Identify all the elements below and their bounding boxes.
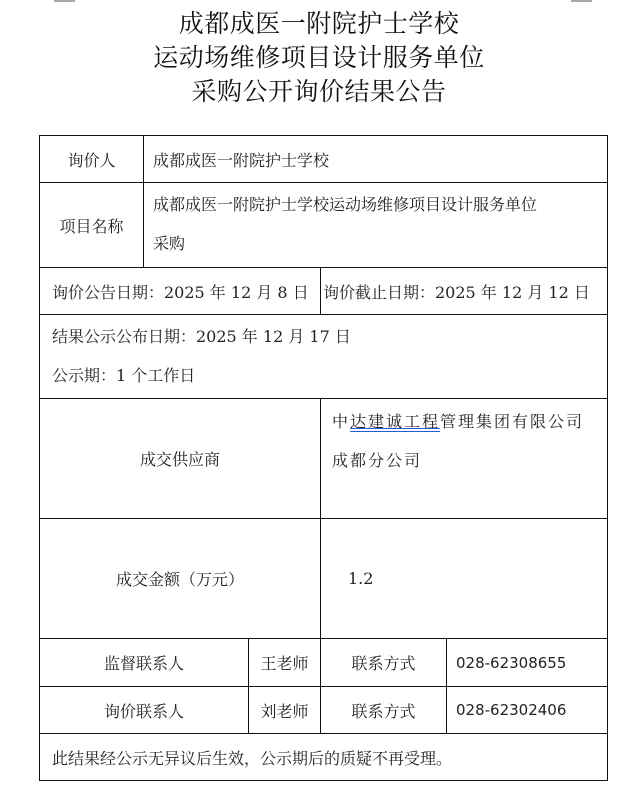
page-corner-mark-right xyxy=(571,0,592,2)
supplier-value-line-2: 成都分公司 xyxy=(332,441,607,480)
supplier-label: 成交供应商 xyxy=(40,399,320,518)
title-line-1: 成都成医一附院护士学校 xyxy=(0,4,638,40)
result-publish-date: 结果公示公布日期：2025 年 12 月 17 日 xyxy=(52,317,607,356)
amount-label: 成交金额（万元） xyxy=(40,519,320,638)
table-border xyxy=(607,135,608,781)
inquiry-contact-name: 刘老师 xyxy=(249,687,320,733)
inquiry-contact-phone: 028-62302406 xyxy=(447,687,607,733)
inquiry-contact-label: 询价联系人 xyxy=(40,687,248,733)
project-value-line-1: 成都成医一附院护士学校运动场维修项目设计服务单位 xyxy=(153,185,607,224)
announce-date: 询价公告日期：2025 年 12 月 8 日 xyxy=(40,268,320,314)
table-border xyxy=(39,780,608,781)
spellcheck-underline: 达建诚工程 xyxy=(350,412,440,431)
publicity-period: 公示期：1 个工作日 xyxy=(52,356,607,395)
project-value: 成都成医一附院护士学校运动场维修项目设计服务单位 采购 xyxy=(144,183,607,267)
supervisor-contact-label: 联系方式 xyxy=(321,639,446,686)
inquirer-value: 成都成医一附院护士学校 xyxy=(144,136,607,182)
inquirer-label: 询价人 xyxy=(40,136,143,182)
title-line-2: 运动场维修项目设计服务单位 xyxy=(0,38,638,74)
amount-value: 1.2 xyxy=(321,519,607,638)
project-value-line-2: 采购 xyxy=(153,224,607,263)
page-corner-mark-left xyxy=(54,0,75,2)
supplier-value-line-1: 中达建诚工程管理集团有限公司 xyxy=(332,402,607,441)
supervisor-phone: 028-62308655 xyxy=(447,639,607,686)
footer-note: 此结果经公示无异议后生效，公示期后的质疑不再受理。 xyxy=(40,734,607,780)
supervisor-name: 王老师 xyxy=(249,639,320,686)
title-line-3: 采购公开询价结果公告 xyxy=(0,72,638,108)
publish-info: 结果公示公布日期：2025 年 12 月 17 日 公示期：1 个工作日 xyxy=(40,315,607,398)
inquiry-contact-label-2: 联系方式 xyxy=(321,687,446,733)
deadline-date: 询价截止日期：2025 年 12 月 12 日 xyxy=(321,268,607,314)
supervisor-label: 监督联系人 xyxy=(40,639,248,686)
supplier-value: 中达建诚工程管理集团有限公司 成都分公司 xyxy=(321,399,607,518)
project-label: 项目名称 xyxy=(40,183,143,267)
